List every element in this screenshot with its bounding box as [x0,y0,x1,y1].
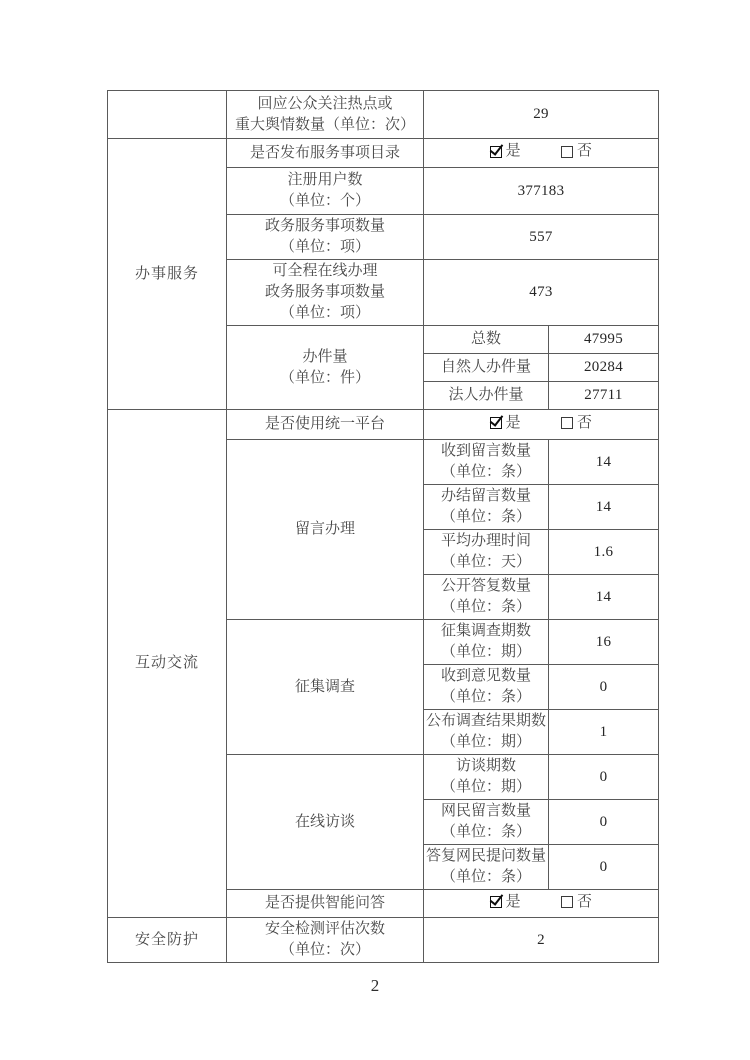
category-cell-continued [108,91,227,139]
item-label-survey: 征集调查 [227,620,424,755]
table-row: 安全防护 安全检测评估次数 （单位：次） 2 [108,918,659,963]
value-messages-received: 14 [549,440,659,485]
checkbox-yes: 是 [490,892,521,913]
value-registered-users: 377183 [424,168,659,215]
checked-checkbox-icon [490,146,502,158]
checkbox-group: 是 否 [490,413,593,437]
unchecked-checkbox-icon [561,146,573,158]
value-public-response: 29 [424,91,659,139]
sub-label-messages-resolved: 办结留言数量 （单位：条） [424,485,549,530]
value-messages-resolved: 14 [549,485,659,530]
category-cell-security: 安全防护 [108,918,227,963]
value-transactions-natural: 20284 [549,354,659,382]
value-unified-platform: 是 否 [424,410,659,440]
item-label-registered-users: 注册用户数 （单位：个） [227,168,424,215]
value-service-items: 557 [424,215,659,260]
value-interview-sessions: 0 [549,755,659,800]
sub-label-transactions-total: 总数 [424,326,549,354]
unchecked-checkbox-icon [561,417,573,429]
item-label-unified-platform: 是否使用统一平台 [227,410,424,440]
sub-label-results-published: 公布调查结果期数 （单位：期） [424,710,549,755]
unchecked-checkbox-icon [561,896,573,908]
category-cell-interaction: 互动交流 [108,410,227,918]
value-results-published: 1 [549,710,659,755]
value-netizen-messages: 0 [549,800,659,845]
table-row: 回应公众关注热点或 重大舆情数量（单位：次） 29 [108,91,659,139]
value-transactions-legal: 27711 [549,382,659,410]
value-opinions-received: 0 [549,665,659,710]
sub-label-transactions-natural: 自然人办件量 [424,354,549,382]
checkbox-yes: 是 [490,413,521,434]
item-label-service-items: 政务服务事项数量 （单位：项） [227,215,424,260]
value-smart-qa: 是 否 [424,890,659,918]
table-row: 办事服务 是否发布服务事项目录 是 否 [108,139,659,168]
checkbox-no: 否 [561,141,592,162]
checkbox-yes-label: 是 [506,892,521,913]
sub-label-public-replies: 公开答复数量 （单位：条） [424,575,549,620]
checkbox-no: 否 [561,892,592,913]
checkbox-group: 是 否 [490,141,593,165]
value-security-assessment: 2 [424,918,659,963]
sub-label-transactions-legal: 法人办件量 [424,382,549,410]
sub-label-average-handling-time: 平均办理时间 （单位：天） [424,530,549,575]
category-cell-services: 办事服务 [108,139,227,410]
checkbox-yes: 是 [490,141,521,162]
value-service-catalog: 是 否 [424,139,659,168]
table-row: 互动交流 是否使用统一平台 是 否 [108,410,659,440]
item-label-public-response: 回应公众关注热点或 重大舆情数量（单位：次） [227,91,424,139]
value-transactions-total: 47995 [549,326,659,354]
sub-label-questions-answered: 答复网民提问数量 （单位：条） [424,845,549,890]
value-public-replies: 14 [549,575,659,620]
item-label-security-assessment: 安全检测评估次数 （单位：次） [227,918,424,963]
document-page: 回应公众关注热点或 重大舆情数量（单位：次） 29 办事服务 是否发布服务事项目… [0,0,750,1060]
checkbox-no-label: 否 [577,141,592,162]
checkbox-no-label: 否 [577,413,592,434]
value-average-handling-time: 1.6 [549,530,659,575]
item-label-service-catalog: 是否发布服务事项目录 [227,139,424,168]
sub-label-opinions-received: 收到意见数量 （单位：条） [424,665,549,710]
value-survey-issues: 16 [549,620,659,665]
sub-label-interview-sessions: 访谈期数 （单位：期） [424,755,549,800]
checkbox-yes-label: 是 [506,141,521,162]
item-label-smart-qa: 是否提供智能问答 [227,890,424,918]
item-label-full-online-items: 可全程在线办理 政务服务事项数量 （单位：项） [227,260,424,326]
item-label-interview: 在线访谈 [227,755,424,890]
value-questions-answered: 0 [549,845,659,890]
sub-label-survey-issues: 征集调查期数 （单位：期） [424,620,549,665]
checkbox-no-label: 否 [577,892,592,913]
item-label-transactions: 办件量 （单位：件） [227,326,424,410]
checked-checkbox-icon [490,896,502,908]
item-label-message-handling: 留言办理 [227,440,424,620]
checkbox-group: 是 否 [490,892,593,916]
checkbox-no: 否 [561,413,592,434]
checkbox-yes-label: 是 [506,413,521,434]
value-full-online-items: 473 [424,260,659,326]
report-table: 回应公众关注热点或 重大舆情数量（单位：次） 29 办事服务 是否发布服务事项目… [107,90,659,963]
sub-label-messages-received: 收到留言数量 （单位：条） [424,440,549,485]
sub-label-netizen-messages: 网民留言数量 （单位：条） [424,800,549,845]
page-number: 2 [0,976,750,996]
checked-checkbox-icon [490,417,502,429]
